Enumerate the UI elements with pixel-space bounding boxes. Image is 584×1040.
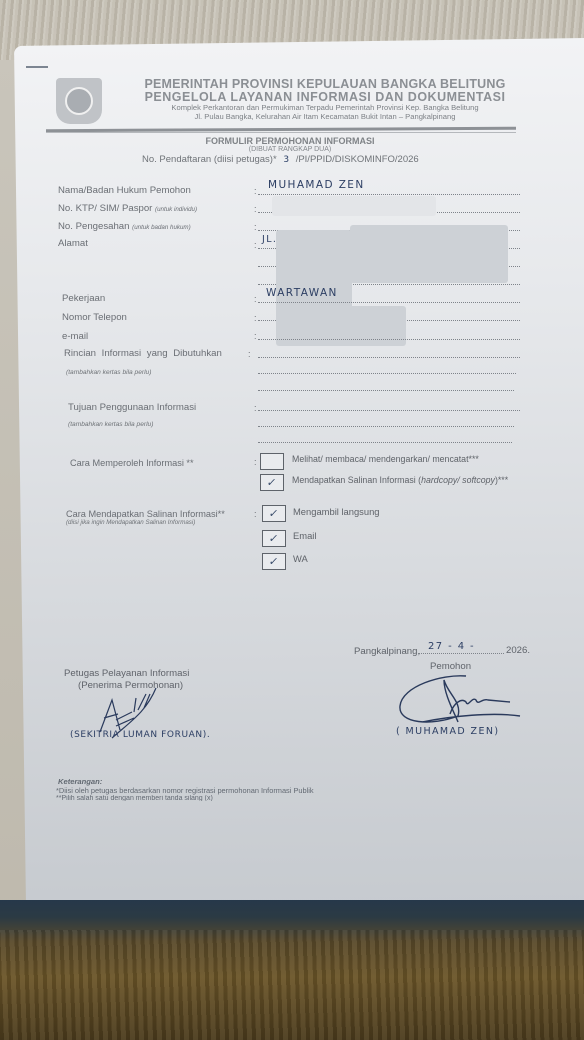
officer-name: (SEKITRIA LUMAN FORUAN). [70,730,210,740]
footer-note-2: **Pilih salah satu dengan memberi tanda … [56,795,213,801]
job-line [258,302,520,303]
provincial-emblem-icon [56,78,102,124]
colon: : [254,294,257,304]
label-legal-number: No. Pengesahan (untuk badan hukum) [58,221,191,232]
purpose-line-1[interactable] [258,410,520,411]
checkmark-icon: ✓ [268,508,279,519]
applicant-name: ( MUHAMAD ZEN) [396,726,499,737]
registration-label: No. Pendaftaran (diisi petugas)* [142,154,277,165]
colon: : [254,403,257,413]
label-copy-method: Cara Mendapatkan Salinan Informasi** [66,509,225,519]
header-divider-thin [46,132,516,133]
signature-year: 2026. [506,645,530,656]
applicant-signature [392,672,526,732]
pen-mark [26,66,48,68]
colon: : [248,349,251,359]
header-agency: PENGELOLA LAYANAN INFORMASI DAN DOKUMENT… [110,90,540,104]
date-line [418,653,504,654]
colon: : [254,509,257,519]
job-value[interactable]: WARTAWAN [266,287,338,299]
footer-heading: Keterangan: [58,777,102,786]
checkbox-email[interactable]: ✓ [262,530,286,547]
registration-value: 3 [283,155,289,165]
purpose-line-3[interactable] [258,442,512,443]
purpose-note: (tambahkan kertas bila perlu) [68,421,153,428]
option-pickup: Mengambil langsung [293,506,380,517]
checkbox-view-read[interactable] [260,453,284,470]
label-purpose: Tujuan Penggunaan Informasi [68,402,196,413]
signature-date: 27 - 4 - [428,641,475,652]
label-name: Nama/Badan Hukum Pemohon [58,185,191,196]
officer-title: Petugas Pelayanan Informasi [64,668,189,679]
label-job: Pekerjaan [62,293,105,304]
copy-method-note: (diisi jika ingin Mendapatkan Salinan In… [66,519,195,526]
purpose-line-2[interactable] [258,426,514,427]
details-line-3[interactable] [258,390,514,391]
email-line [258,339,520,340]
label-email: e-mail [62,331,88,342]
checkmark-icon: ✓ [268,533,279,544]
registration-number: No. Pendaftaran (diisi petugas)* 3 /PI/P… [142,154,419,165]
colon: : [254,204,257,214]
option-email: Email [293,530,316,541]
option-view-read: Melihat/ membaca/ mendengarkan/ mencatat… [292,454,479,464]
name-line [258,194,520,195]
checkbox-wa[interactable]: ✓ [262,553,286,570]
details-line-1[interactable] [258,357,520,358]
checkmark-icon: ✓ [266,477,277,488]
name-value[interactable]: MUHAMAD ZEN [268,179,365,191]
colon: : [254,313,257,323]
label-id-card: No. KTP/ SIM/ Paspor (untuk individu) [58,203,197,214]
checkbox-pickup[interactable]: ✓ [262,505,286,522]
background-surface-bottom [0,900,584,1040]
applicant-title: Pemohon [430,661,471,672]
checkbox-get-copy[interactable]: ✓ [260,474,284,491]
label-details: Rincian Informasi yang Dibutuhkan [64,348,222,359]
header-address-1: Komplek Perkantoran dan Permukiman Terpa… [110,103,540,112]
colon: : [254,331,257,341]
header-address-2: Jl. Pulau Bangka, Kelurahan Air Itam Kec… [110,112,540,121]
address-redacted-right [350,225,508,283]
id-card-value-redacted[interactable] [272,196,436,216]
form-subtitle: (DIBUAT RANGKAP DUA) [140,146,440,153]
colon: : [254,186,257,196]
colon: : [254,457,257,467]
colon: : [254,240,257,250]
form-title: FORMULIR PERMOHONAN INFORMASI [140,136,440,146]
phone-email-redacted[interactable] [276,306,406,346]
colon: : [254,222,257,232]
option-wa: WA [293,553,308,564]
details-line-2[interactable] [258,373,516,374]
registration-suffix: /PI/PPID/DISKOMINFO/2026 [296,154,419,165]
label-address: Alamat [58,238,88,249]
checkmark-icon: ✓ [268,556,279,567]
signature-place: Pangkalpinang, [354,646,420,657]
header-government: PEMERINTAH PROVINSI KEPULAUAN BANGKA BEL… [110,77,540,91]
label-phone: Nomor Telepon [62,312,127,323]
label-obtain-method: Cara Memperoleh Informasi ** [70,458,194,468]
details-note: (tambahkan kertas bila perlu) [66,369,151,376]
option-get-copy: Mendapatkan Salinan Informasi (hardcopy/… [292,475,508,485]
footer-note-1: *Diisi oleh petugas berdasarkan nomor re… [56,786,314,795]
